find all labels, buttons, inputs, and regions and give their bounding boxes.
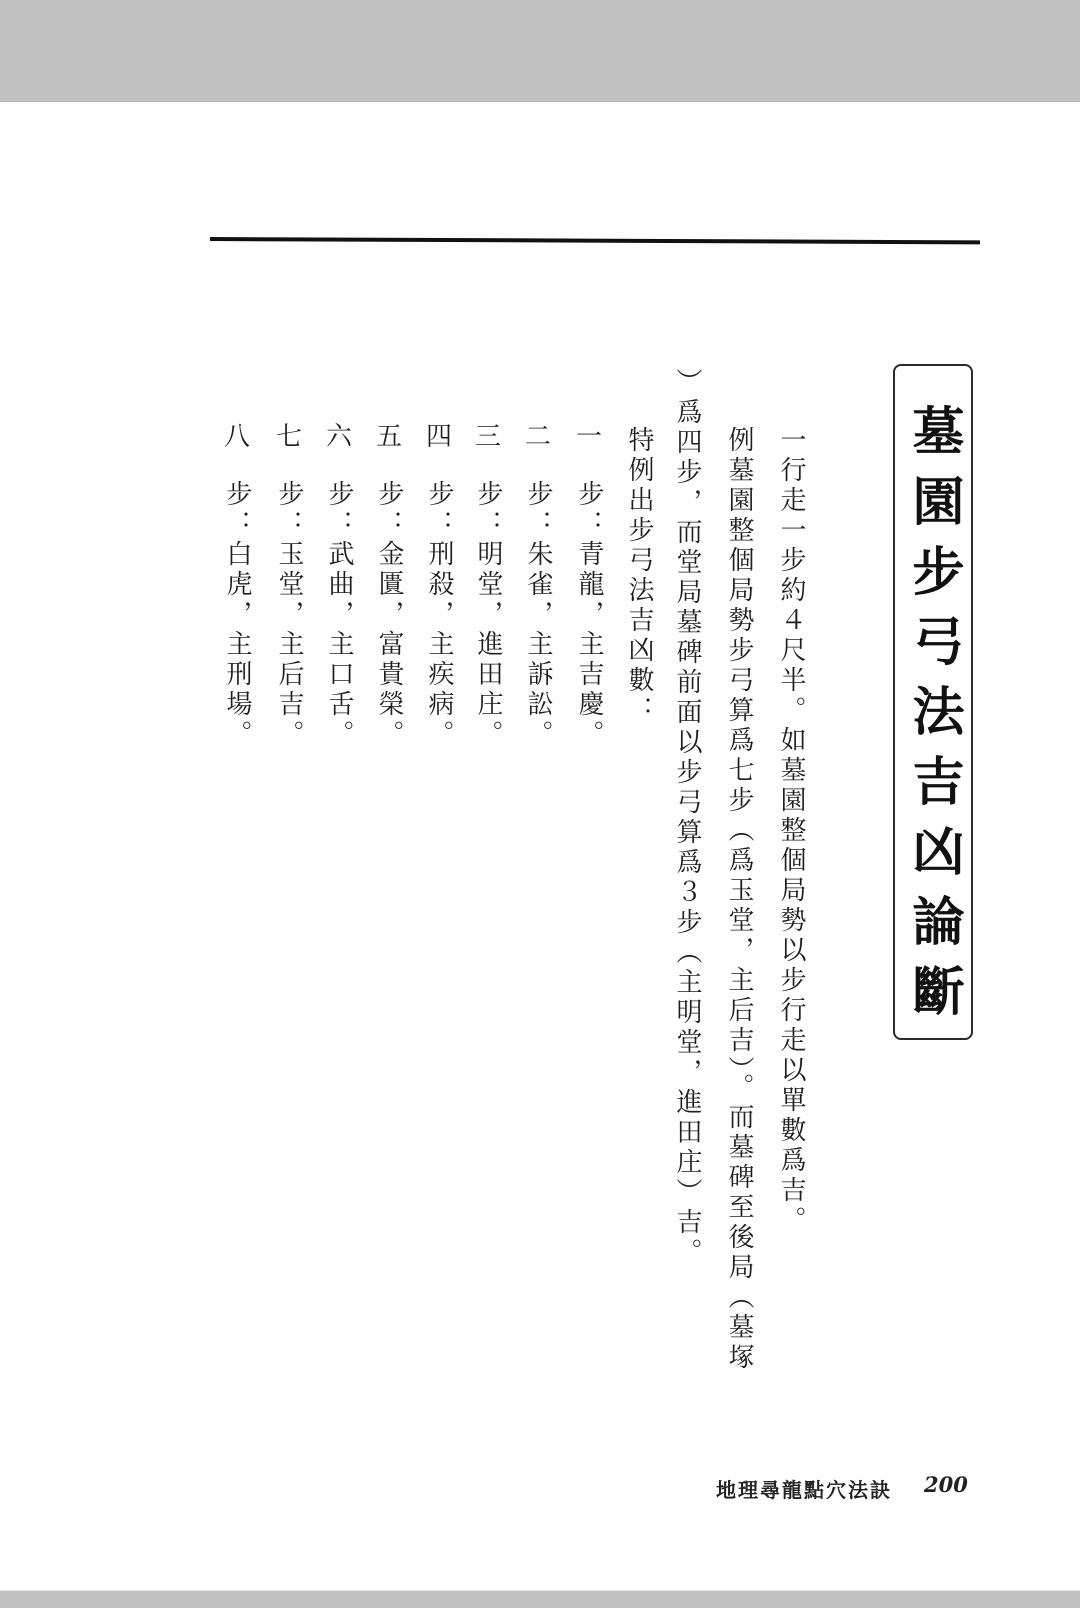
step-number: 三 [475,424,501,450]
step-number: 六 [326,424,352,450]
step-number: 一 [576,424,602,450]
paragraph-3: ）爲四步，而堂局墓碑前面以步弓算爲３步（主明堂，進田庄）吉。 [674,368,700,1268]
chapter-title-box: 墓園步弓法吉凶論斷 [893,364,973,1040]
step-text: 步：明堂，進田庄。 [475,480,501,750]
step-item-3: 三 步：明堂，進田庄。 [475,424,501,755]
step-text: 步：金匱，富貴榮。 [376,480,402,750]
paragraph-1: 一行走一步約４尺半。如墓園整個局勢以步行走以單數爲吉。 [778,426,804,1236]
step-item-8: 八 步：白虎，主刑場。 [224,424,250,755]
step-item-5: 五 步：金匱，富貴榮。 [376,424,402,755]
step-item-4: 四 步：刑殺，主疾病。 [426,424,452,755]
step-item-2: 二 步：朱雀，主訴訟。 [525,424,551,755]
viewer-bottom-bar [0,1590,1080,1608]
step-text: 步：武曲，主口舌。 [326,480,352,750]
step-text: 步：玉堂，主后吉。 [276,480,302,750]
step-number: 五 [376,424,402,450]
step-number: 二 [525,424,551,450]
step-number: 七 [276,424,302,450]
step-number: 八 [224,424,250,450]
page-number: 200 [924,1472,968,1497]
running-footer-title: 地理尋龍點穴法訣 [716,1474,892,1503]
step-item-7: 七 步：玉堂，主后吉。 [276,424,302,755]
chapter-title: 墓園步弓法吉凶論斷 [907,404,959,1038]
step-text: 步：青龍，主吉慶。 [576,480,602,750]
paragraph-4: 特例出步弓法吉凶數： [626,426,652,726]
viewer-top-bar [0,0,1080,102]
step-number: 四 [426,424,452,450]
step-text: 步：刑殺，主疾病。 [426,480,452,750]
step-text: 步：朱雀，主訴訟。 [525,480,551,750]
step-text: 步：白虎，主刑場。 [224,480,250,750]
paragraph-2: 例墓園整個局勢步弓算爲七步（爲玉堂，主后吉）。而墓碑至後局（墓塚 [726,426,752,1373]
step-item-6: 六 步：武曲，主口舌。 [326,424,352,755]
step-item-1: 一 步：青龍，主吉慶。 [576,424,602,755]
